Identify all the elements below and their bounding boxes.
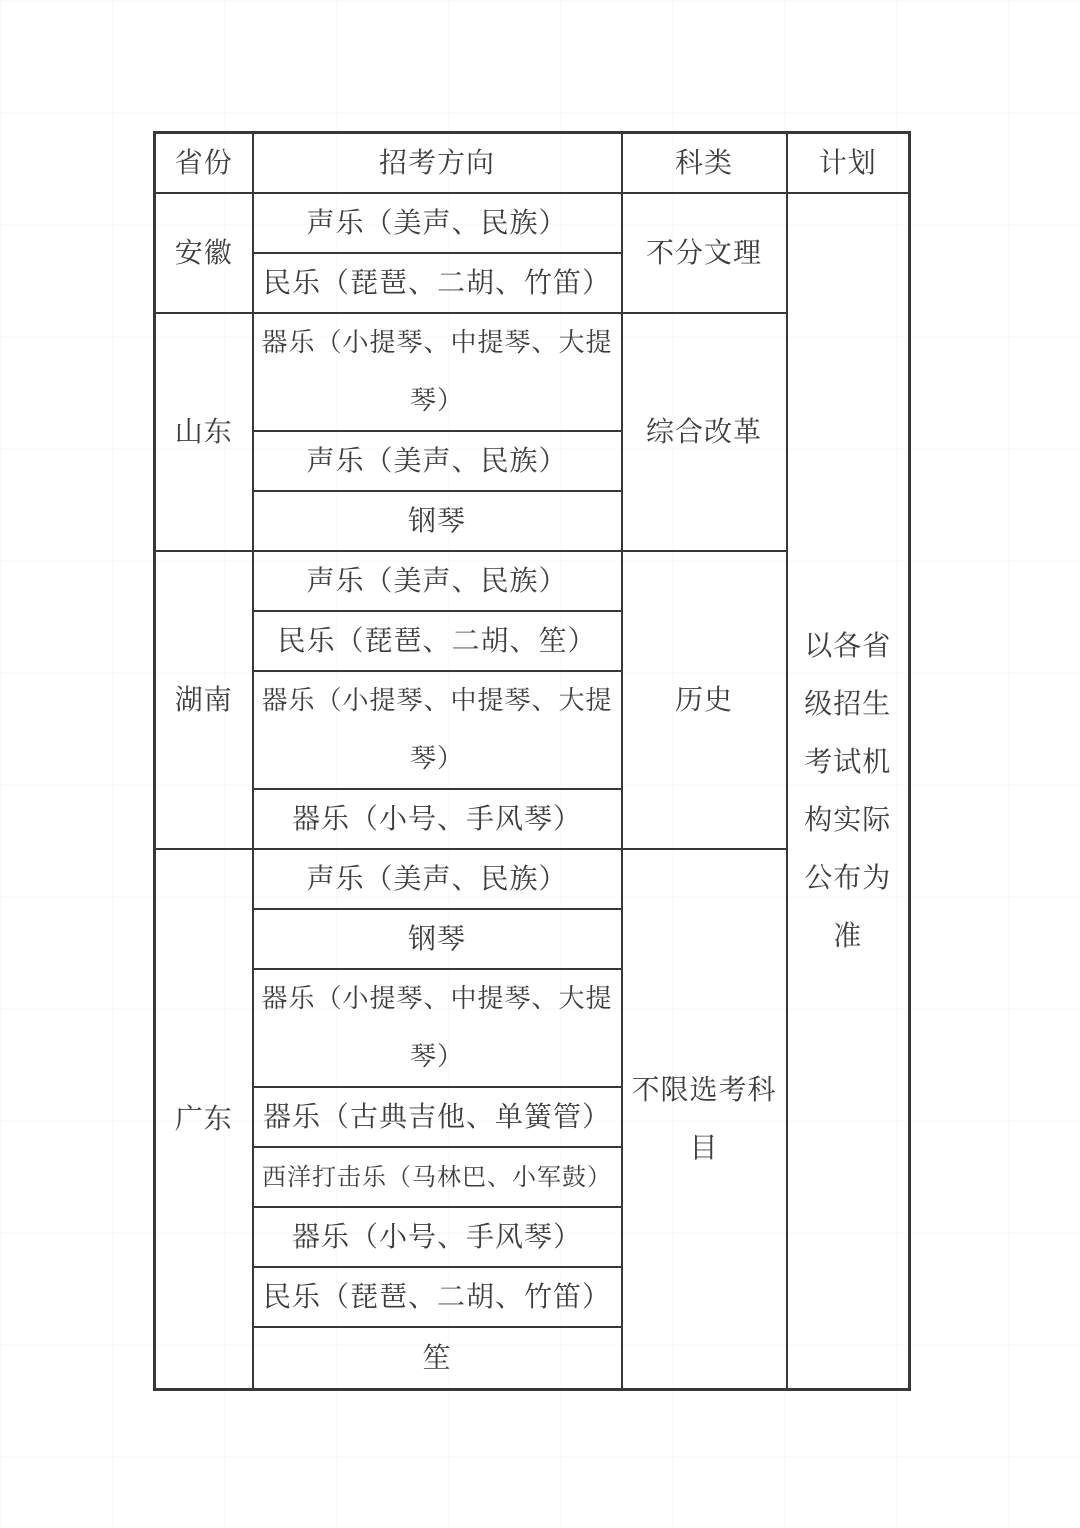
- province-cell-shandong: 山东: [155, 313, 253, 551]
- direction-cell: 民乐（琵琶、二胡、竹笛）: [253, 1267, 622, 1327]
- direction-text: 声乐（美声、民族）: [306, 194, 567, 252]
- province-cell-anhui: 安徽: [155, 193, 253, 313]
- direction-cell: 声乐（美声、民族）: [253, 193, 622, 253]
- category-cell-hunan: 历史: [622, 551, 787, 849]
- header-direction-label: 招考方向: [379, 134, 495, 192]
- direction-cell: 西洋打击乐（马林巴、小军鼓）: [253, 1147, 622, 1207]
- province-name: 广东: [175, 1090, 233, 1148]
- province-name: 湖南: [175, 671, 233, 729]
- direction-text: 笙: [422, 1329, 451, 1387]
- direction-cell: 器乐（小号、手风琴）: [253, 1207, 622, 1267]
- direction-text: 器乐（小提琴、中提琴、大提 琴）: [261, 672, 612, 788]
- admissions-table: 省份 招考方向 科类 计划 安徽 声乐（美声、民族） 不分文理 以各省 级招生 …: [153, 131, 911, 1391]
- plan-cell: 以各省 级招生 考试机 构实际 公布为 准: [787, 193, 910, 1389]
- direction-cell: 钢琴: [253, 491, 622, 551]
- direction-cell: 声乐（美声、民族）: [253, 849, 622, 909]
- table-row: 安徽 声乐（美声、民族） 不分文理 以各省 级招生 考试机 构实际 公布为 准: [155, 193, 910, 253]
- direction-text: 民乐（琵琶、二胡、竹笛）: [263, 1268, 611, 1326]
- header-plan-label: 计划: [819, 134, 877, 192]
- direction-cell: 声乐（美声、民族）: [253, 431, 622, 491]
- header-province: 省份: [155, 133, 253, 194]
- direction-text: 器乐（古典吉他、单簧管）: [263, 1088, 611, 1146]
- province-cell-hunan: 湖南: [155, 551, 253, 849]
- table-header-row: 省份 招考方向 科类 计划: [155, 133, 910, 194]
- direction-text: 器乐（小号、手风琴）: [292, 1208, 582, 1266]
- category-cell-shandong: 综合改革: [622, 313, 787, 551]
- direction-text: 器乐（小提琴、中提琴、大提 琴）: [261, 314, 612, 430]
- direction-text: 声乐（美声、民族）: [306, 850, 567, 908]
- direction-text: 民乐（琵琶、二胡、笙）: [277, 612, 596, 670]
- header-category: 科类: [622, 133, 787, 194]
- direction-cell: 器乐（小提琴、中提琴、大提 琴）: [253, 671, 622, 789]
- category-cell-anhui: 不分文理: [622, 193, 787, 313]
- document-page: 省份 招考方向 科类 计划 安徽 声乐（美声、民族） 不分文理 以各省 级招生 …: [0, 0, 1080, 1528]
- direction-cell: 笙: [253, 1327, 622, 1389]
- province-name: 安徽: [175, 224, 233, 282]
- direction-text: 民乐（琵琶、二胡、竹笛）: [263, 254, 611, 312]
- direction-text: 钢琴: [408, 910, 466, 968]
- direction-cell: 器乐（小号、手风琴）: [253, 789, 622, 849]
- province-name: 山东: [175, 403, 233, 461]
- direction-text: 钢琴: [408, 492, 466, 550]
- category-text: 不分文理: [646, 224, 762, 282]
- direction-cell: 器乐（小提琴、中提琴、大提 琴）: [253, 969, 622, 1087]
- direction-text: 西洋打击乐（马林巴、小军鼓）: [262, 1148, 612, 1206]
- direction-cell: 声乐（美声、民族）: [253, 551, 622, 611]
- direction-text: 器乐（小号、手风琴）: [292, 790, 582, 848]
- direction-cell: 民乐（琵琶、二胡、竹笛）: [253, 253, 622, 313]
- category-cell-guangdong: 不限选考科 目: [622, 849, 787, 1389]
- direction-cell: 民乐（琵琶、二胡、笙）: [253, 611, 622, 671]
- direction-text: 声乐（美声、民族）: [306, 552, 567, 610]
- header-category-label: 科类: [675, 134, 733, 192]
- direction-cell: 钢琴: [253, 909, 622, 969]
- direction-text: 器乐（小提琴、中提琴、大提 琴）: [261, 970, 612, 1086]
- province-cell-guangdong: 广东: [155, 849, 253, 1389]
- header-province-label: 省份: [175, 134, 233, 192]
- header-plan: 计划: [787, 133, 910, 194]
- category-text: 不限选考科 目: [631, 1061, 776, 1177]
- direction-cell: 器乐（古典吉他、单簧管）: [253, 1087, 622, 1147]
- direction-cell: 器乐（小提琴、中提琴、大提 琴）: [253, 313, 622, 431]
- direction-text: 声乐（美声、民族）: [306, 432, 567, 490]
- category-text: 综合改革: [646, 403, 762, 461]
- category-text: 历史: [675, 671, 733, 729]
- header-direction: 招考方向: [253, 133, 622, 194]
- plan-note-text: 以各省 级招生 考试机 构实际 公布为 准: [804, 617, 891, 965]
